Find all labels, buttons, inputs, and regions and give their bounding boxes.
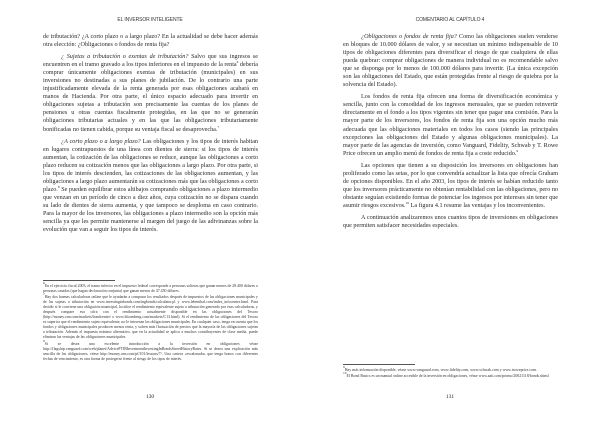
paragraph-lead: ¿ Sujetas a tributación o exentas de tri…: [61, 54, 188, 60]
paragraph: ¿ Sujetas a tributación o exentas de tri…: [43, 53, 258, 133]
right-page: COMENTARIO AL CAPÍTULO 4 ¿Obligaciones o…: [300, 0, 600, 424]
footnotes: 6En el ejercicio fiscal 2003, el tramo i…: [43, 283, 258, 362]
footnote: 8Si se desea una excelente introducción …: [43, 341, 258, 362]
paragraph-text: Las obligaciones y los tipos de interés …: [43, 139, 258, 193]
footnote: 6En el ejercicio fiscal 2003, el tramo i…: [43, 283, 258, 294]
footnote-text: El Bond Basics es un manual online acces…: [347, 374, 549, 378]
footnote-divider: [43, 280, 115, 281]
paragraph: ¿Obligaciones o fondos de renta fija? Co…: [343, 33, 558, 89]
paragraph-text: Se pueden equilibrar estos altibajos com…: [43, 187, 258, 233]
running-head: EL INVERSOR INTELIGENTE: [0, 17, 300, 23]
body-text: de tributación? ¿A corto plazo o a largo…: [43, 33, 258, 238]
footnote: 10El Bond Basics es un manual online acc…: [343, 373, 558, 379]
paragraph: Las opciones que tienen a su disposición…: [343, 162, 558, 210]
left-page: EL INVERSOR INTELIGENTE de tributación? …: [0, 0, 300, 424]
paragraph: de tributación? ¿A corto plazo o a largo…: [43, 33, 258, 49]
footnotes: 9Hay más información disponible, véase w…: [343, 367, 558, 379]
paragraph-text: de tributación? ¿A corto plazo o a largo…: [43, 34, 258, 48]
paragraph-text: Como las obligaciones suelen venderse en…: [343, 34, 558, 88]
paragraph-lead: ¿Obligaciones o fondos de renta fija?: [361, 34, 457, 40]
paragraph-text: Los fondos de renta fija ofrecen una for…: [343, 94, 558, 156]
paragraph: A continuación analizaremos unos cuantos…: [343, 214, 558, 230]
paragraph-text: debería comprar únicamente obligaciones …: [43, 62, 258, 132]
footnote-ref[interactable]: 7: [217, 125, 219, 129]
paragraph: Los fondos de renta fija ofrecen una for…: [343, 93, 558, 157]
paragraph-text: La figura 4.1 resume las ventajas y los …: [409, 203, 545, 209]
running-head: COMENTARIO AL CAPÍTULO 4: [300, 17, 600, 23]
body-text: ¿Obligaciones o fondos de renta fija? Co…: [343, 33, 558, 234]
paragraph-text: A continuación analizaremos unos cuantos…: [343, 215, 558, 229]
footnote-ref[interactable]: 9: [516, 149, 518, 153]
footnote-text: En el ejercicio fiscal 2003, el tramo in…: [43, 284, 258, 293]
footnote: 7Hay dos buenas calculadoras online que …: [43, 294, 258, 340]
footnote-text: Hay más información disponible, véase ww…: [345, 368, 537, 372]
paragraph: ¿A corto plazo o a largo plazo? Las obli…: [43, 138, 258, 235]
footnote-text: Hay dos buenas calculadoras online que l…: [43, 295, 258, 339]
paragraph-lead: ¿A corto plazo o a largo plazo?: [61, 139, 141, 145]
page-number: 131: [300, 394, 600, 400]
page-number: 130: [0, 394, 300, 400]
footnote-text: Si se desea una excelente introducción a…: [43, 342, 258, 361]
footnote-divider: [343, 364, 415, 365]
